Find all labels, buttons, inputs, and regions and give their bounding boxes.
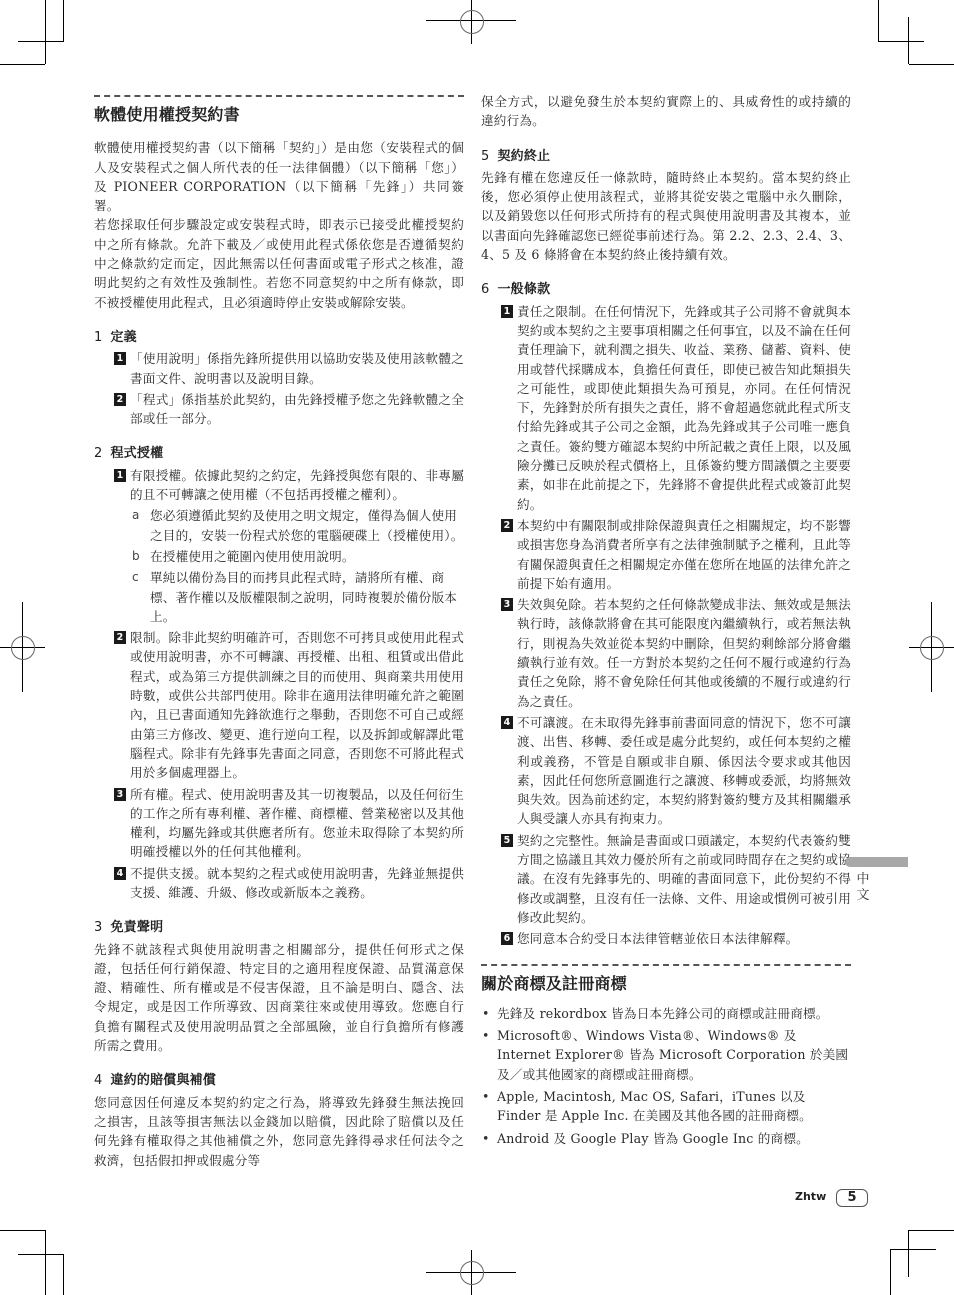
section-heading-disclaimer: 3免責聲明 bbox=[94, 918, 464, 937]
section-body: 先鋒有權在您違反任一條款時，隨時終止本契約。當本契約終止後，您必須停止使用該程式… bbox=[481, 168, 851, 264]
sub-item-letter: c bbox=[132, 568, 139, 587]
list-item: 1 責任之限制。在任何情況下，先鋒或其子公司將不會就與本契約或本契約之主要事項相… bbox=[481, 302, 851, 514]
number-badge: 4 bbox=[501, 716, 513, 729]
page-number: 5 bbox=[836, 1189, 868, 1207]
list-item: 2 本契約中有關限制或排除保證與責任之相關規定，均不影響或損害您身為消費者所享有… bbox=[481, 516, 851, 593]
sub-item: c 單純以備份為目的而拷貝此程式時，請將所有權、商標、著作權以及版權限制之說明，… bbox=[94, 568, 464, 626]
footer-language-code: Zhtw bbox=[795, 1190, 826, 1203]
trademark-item: Microsoft®、Windows Vista®、Windows® 及 Int… bbox=[481, 1026, 851, 1084]
section-heading-program-license: 2程式授權 bbox=[94, 444, 464, 463]
list-item: 4 不提供支援。就本契約之程式或使用說明書，先鋒並無提供支援、維護、升級、修改或… bbox=[94, 864, 464, 903]
section-heading-termination: 5契約終止 bbox=[481, 147, 851, 166]
number-badge: 1 bbox=[114, 469, 126, 482]
number-badge: 3 bbox=[114, 788, 126, 801]
list-item: 4 不可讓渡。在未取得先鋒事前書面同意的情況下，您不可讓渡、出售、移轉、委任或是… bbox=[481, 713, 851, 829]
trademark-list: 先鋒及 rekordbox 皆為日本先鋒公司的商標或註冊商標。 Microsof… bbox=[481, 1004, 851, 1148]
sub-item: a 您必須遵循此契約及使用之明文規定，僅得為個人使用之目的，安裝一份程式於您的電… bbox=[94, 506, 464, 545]
section-heading-damages: 4違約的賠償與補償 bbox=[94, 1071, 464, 1090]
list-item: 1 有限授權。依據此契約之約定，先鋒授與您有限的、非專屬的且不可轉讓之使用權（不… bbox=[94, 466, 464, 505]
list-item: 5 契約之完整性。無論是書面或口頭議定，本契約代表簽約雙方間之協議且其效力優於所… bbox=[481, 831, 851, 927]
list-item: 3 所有權。程式、使用說明書及其一切複製品，以及任何衍生的工作之所有專利權、著作… bbox=[94, 785, 464, 862]
list-item: 1 「使用說明」係指先鋒所提供用以協助安裝及使用該軟體之書面文件、說明書以及說明… bbox=[94, 349, 464, 388]
sub-item-letter: b bbox=[132, 547, 140, 566]
continuation-paragraph: 保全方式，以避免發生於本契約實際上的、具威脅性的或持續的違約行為。 bbox=[481, 92, 851, 131]
section-heading-definitions: 1定義 bbox=[94, 328, 464, 347]
number-badge: 2 bbox=[114, 393, 126, 406]
trademarks-title: 關於商標及註冊商標 bbox=[481, 974, 851, 993]
intro-paragraph: 若您採取任何步驟設定或安裝程式時，即表示已接受此權授契約中之所有條款。允許下載及… bbox=[94, 215, 464, 311]
trademark-item: 先鋒及 rekordbox 皆為日本先鋒公司的商標或註冊商標。 bbox=[481, 1004, 851, 1023]
language-side-label: 中文 bbox=[853, 872, 873, 904]
number-badge: 1 bbox=[114, 352, 126, 365]
section-divider bbox=[481, 964, 851, 966]
number-badge: 2 bbox=[501, 519, 513, 532]
number-badge: 5 bbox=[501, 834, 513, 847]
intro-paragraph: 軟體使用權授契約書（以下簡稱「契約」）是由您（安裝程式的個人及安裝程式之個人所代… bbox=[94, 138, 464, 215]
list-item: 2 「程式」係指基於此契約，由先鋒授權予您之先鋒軟體之全部或任一部分。 bbox=[94, 390, 464, 429]
trademark-item: Android 及 Google Play 皆為 Google Inc 的商標。 bbox=[481, 1129, 851, 1148]
section-divider bbox=[94, 95, 464, 97]
section-body: 先鋒不就該程式與使用說明書之相關部分，提供任何形式之保證，包括任何行銷保證、特定… bbox=[94, 940, 464, 1056]
number-badge: 6 bbox=[501, 932, 513, 945]
number-badge: 2 bbox=[114, 631, 126, 644]
trademark-item: Apple, Macintosh, Mac OS, Safari，iTunes … bbox=[481, 1087, 851, 1126]
number-badge: 3 bbox=[501, 598, 513, 611]
list-item: 2 限制。除非此契約明確許可，否則您不可拷貝或使用此程式或使用說明書，亦不可轉讓… bbox=[94, 628, 464, 782]
language-side-tab bbox=[845, 857, 908, 867]
list-item: 6 您同意本合約受日本法律管轄並依日本法律解釋。 bbox=[481, 929, 851, 948]
number-badge: 1 bbox=[501, 305, 513, 318]
section-heading-general-provisions: 6一般條款 bbox=[481, 280, 851, 299]
left-column: 軟體使用權授契約書 軟體使用權授契約書（以下簡稱「契約」）是由您（安裝程式的個人… bbox=[94, 92, 464, 1170]
list-item: 3 失效與免除。若本契約之任何條款變成非法、無效或是無法執行時，該條款將會在其可… bbox=[481, 595, 851, 711]
number-badge: 4 bbox=[114, 867, 126, 880]
sub-item: b 在授權使用之範圍內使用使用說明。 bbox=[94, 547, 464, 566]
license-agreement-title: 軟體使用權授契約書 bbox=[94, 105, 464, 124]
section-body: 您同意因任何違反本契約約定之行為，將導致先鋒發生無法挽回之損害，且該等損害無法以… bbox=[94, 1093, 464, 1170]
right-column: 保全方式，以避免發生於本契約實際上的、具威脅性的或持續的違約行為。 5契約終止 … bbox=[481, 92, 851, 1151]
sub-item-letter: a bbox=[132, 506, 140, 525]
